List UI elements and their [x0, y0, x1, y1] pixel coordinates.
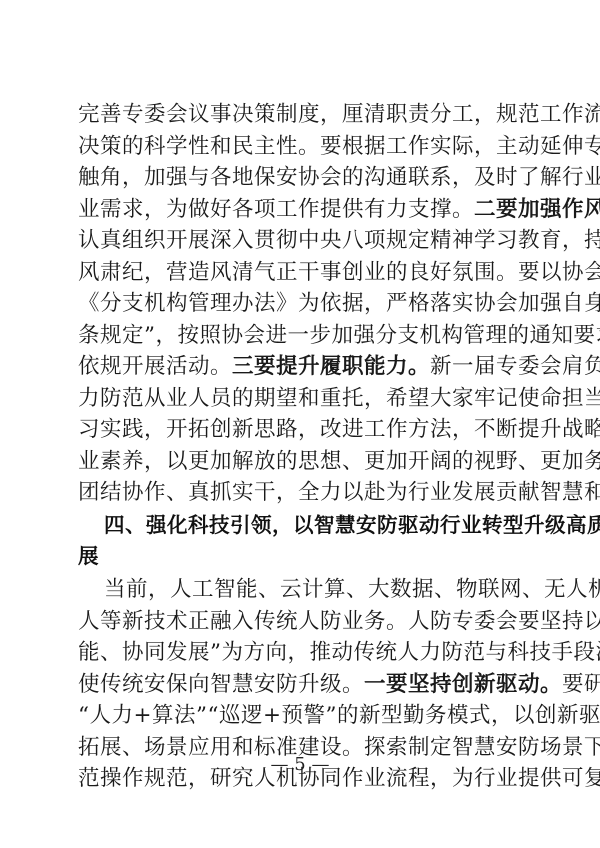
text-line: 依规开展活动。三要提升履职能力。新一届专委会肩负着广大人	[78, 352, 524, 382]
text-segment: 使传统安保向智慧安防升级。	[78, 672, 364, 697]
text-line: 完善专委会议事决策制度，厘清职责分工，规范工作流程，提高	[78, 100, 524, 130]
text-segment: 《分支机构管理办法》为依据，严格落实协会加强自身管理的“七	[78, 291, 600, 316]
bold-subheading-work-style: 二要加强作风建设。	[474, 197, 600, 222]
section-heading-line2: 展	[78, 544, 99, 568]
text-line: 人等新技术正融入传统人防业务。人防专委会要坚持以“科技赋	[78, 607, 524, 637]
text-line: 当前，人工智能、云计算、大数据、物联网、无人机、机器	[78, 575, 524, 605]
text-line: 团结协作、真抓实干，全力以赴为行业发展贡献智慧和力量。	[78, 478, 524, 508]
text-line: 《分支机构管理办法》为依据，严格落实协会加强自身管理的“七	[78, 289, 524, 319]
section-heading-line1: 四、强化科技引领，以智慧安防驱动行业转型升级高质量发	[104, 513, 600, 537]
text-line: 决策的科学性和民主性。要根据工作实际，主动延伸专委会工作	[78, 132, 524, 162]
text-segment: 人等新技术正融入传统人防业务。人防专委会要坚持以“科技赋	[78, 609, 600, 634]
text-segment: 业需求，为做好各项工作提供有力支撑。	[78, 197, 474, 222]
text-segment: 要研究和优化	[562, 672, 600, 697]
text-segment: 依规开展活动。	[78, 354, 232, 379]
text-segment: 新一届专委会肩负着广大人	[430, 354, 600, 379]
bold-subheading-capability: 三要提升履职能力。	[232, 354, 430, 379]
text-line: 认真组织开展深入贯彻中央八项规定精神学习教育，持之以恒正	[78, 226, 524, 256]
text-segment: “人力+算法”“巡逻+预警”的新型勤务模式，以创新驱动业务	[78, 703, 600, 728]
document-page: 完善专委会议事决策制度，厘清职责分工，规范工作流程，提高 决策的科学性和民主性。…	[0, 0, 600, 848]
text-segment: 决策的科学性和民主性。要根据工作实际，主动延伸专委会工作	[78, 134, 600, 159]
text-segment: 力防范从业人员的期望和重托，希望大家牢记使命担当，加强学	[78, 386, 600, 411]
text-segment: 风肃纪，营造风清气正干事创业的良好氛围。要以协会《章程》	[78, 260, 600, 285]
text-line: 习实践，开拓创新思路，改进工作方法，不断提升战略眼光和专	[78, 415, 524, 445]
text-segment: 当前，人工智能、云计算、大数据、物联网、无人机、机器	[104, 577, 600, 602]
text-line: 触角，加强与各地保安协会的沟通联系，及时了解行业动态和企	[78, 163, 524, 193]
text-line: 风肃纪，营造风清气正干事创业的良好氛围。要以协会《章程》	[78, 258, 524, 288]
text-segment: 完善专委会议事决策制度，厘清职责分工，规范工作流程，提高	[78, 102, 600, 127]
text-line: 业素养，以更加解放的思想、更加开阔的视野、更加务实的态度，	[78, 447, 524, 477]
text-segment: 团结协作、真抓实干，全力以赴为行业发展贡献智慧和力量。	[78, 480, 600, 505]
text-segment: 条规定”，按照协会进一步加强分支机构管理的通知要求，依法	[78, 323, 600, 348]
section-heading-continued: 展	[78, 541, 524, 571]
text-segment: 能、协同发展”为方向，推动传统人力防范与科技手段深度融合，	[78, 640, 600, 665]
text-line: 业需求，为做好各项工作提供有力支撑。二要加强作风建设。要	[78, 195, 524, 225]
text-segment: 习实践，开拓创新思路，改进工作方法，不断提升战略眼光和专	[78, 417, 600, 442]
text-line: 使传统安保向智慧安防升级。一要坚持创新驱动。要研究和优化	[78, 670, 524, 700]
page-number: — 5 —	[0, 754, 600, 776]
text-line: 能、协同发展”为方向，推动传统人力防范与科技手段深度融合，	[78, 638, 524, 668]
text-segment: 业素养，以更加解放的思想、更加开阔的视野、更加务实的态度，	[78, 449, 600, 474]
text-line: 条规定”，按照协会进一步加强分支机构管理的通知要求，依法	[78, 321, 524, 351]
text-line: “人力+算法”“巡逻+预警”的新型勤务模式，以创新驱动业务	[78, 701, 524, 731]
text-segment: 认真组织开展深入贯彻中央八项规定精神学习教育，持之以恒正	[78, 228, 600, 253]
section-heading: 四、强化科技引领，以智慧安防驱动行业转型升级高质量发	[78, 510, 524, 540]
text-line: 力防范从业人员的期望和重托，希望大家牢记使命担当，加强学	[78, 384, 524, 414]
text-segment: 触角，加强与各地保安协会的沟通联系，及时了解行业动态和企	[78, 165, 600, 190]
bold-subheading-innovation: 一要坚持创新驱动。	[364, 672, 562, 697]
